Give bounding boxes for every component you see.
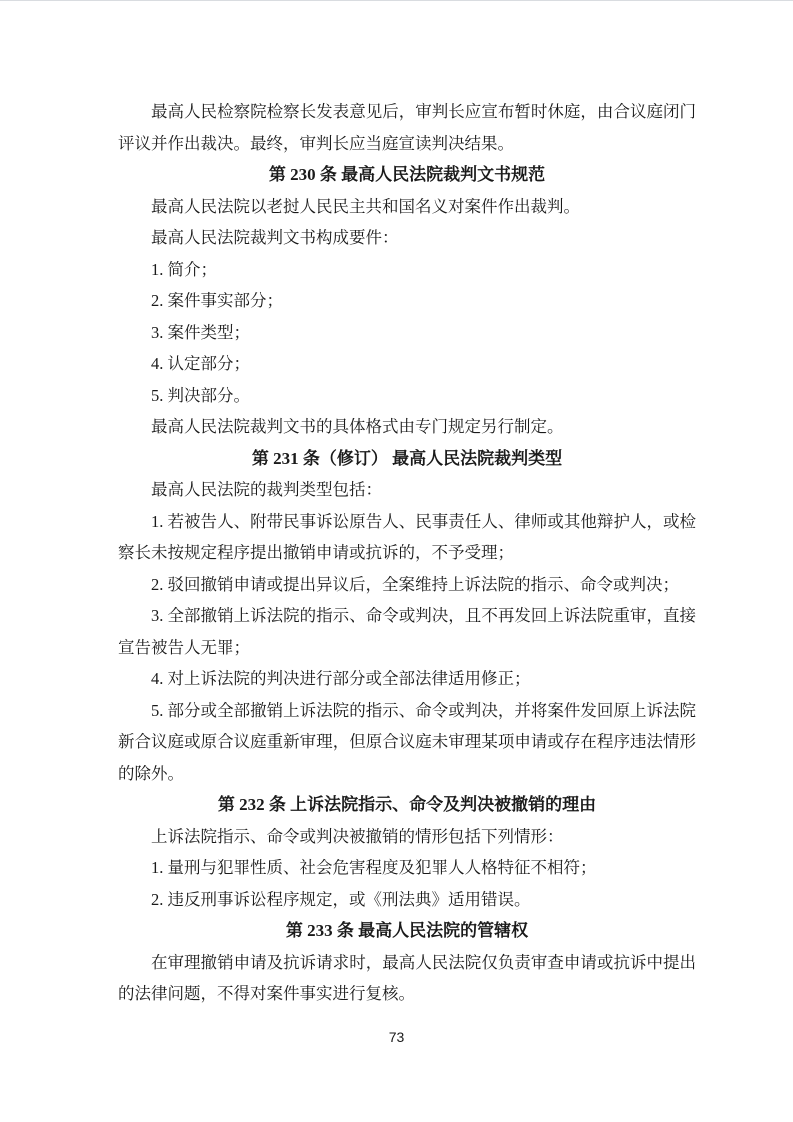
article-231-heading: 第 231 条（修订） 最高人民法院裁判类型 bbox=[118, 443, 696, 475]
body-paragraph: 最高人民法院裁判文书构成要件： bbox=[118, 222, 696, 254]
list-item-1: 1. 若被告人、附带民事诉讼原告人、民事责任人、律师或其他辩护人，或检察长未按规… bbox=[118, 506, 696, 569]
list-item-3: 3. 全部撤销上诉法院的指示、命令或判决，且不再发回上诉法院重审，直接宣告被告人… bbox=[118, 600, 696, 663]
list-item-4: 4. 认定部分； bbox=[118, 348, 696, 380]
body-paragraph: 最高人民法院的裁判类型包括： bbox=[118, 474, 696, 506]
body-paragraph: 最高人民法院以老挝人民民主共和国名义对案件作出裁判。 bbox=[118, 191, 696, 223]
body-paragraph: 最高人民法院裁判文书的具体格式由专门规定另行制定。 bbox=[118, 411, 696, 443]
body-paragraph: 在审理撤销申请及抗诉请求时，最高人民法院仅负责审查申请或抗诉中提出的法律问题，不… bbox=[118, 947, 696, 1010]
body-paragraph: 最高人民检察院检察长发表意见后，审判长应宣布暂时休庭，由合议庭闭门评议并作出裁决… bbox=[118, 96, 696, 159]
list-item-5: 5. 部分或全部撤销上诉法院的指示、命令或判决，并将案件发回原上诉法院新合议庭或… bbox=[118, 695, 696, 790]
list-item-2: 2. 违反刑事诉讼程序规定，或《刑法典》适用错误。 bbox=[118, 884, 696, 916]
list-item-4: 4. 对上诉法院的判决进行部分或全部法律适用修正； bbox=[118, 663, 696, 695]
list-item-2: 2. 案件事实部分； bbox=[118, 285, 696, 317]
list-item-2: 2. 驳回撤销申请或提出异议后，全案维持上诉法院的指示、命令或判决； bbox=[118, 569, 696, 601]
list-item-1: 1. 量刑与犯罪性质、社会危害程度及犯罪人人格特征不相符； bbox=[118, 852, 696, 884]
article-230-heading: 第 230 条 最高人民法院裁判文书规范 bbox=[118, 159, 696, 191]
page-number: 73 bbox=[0, 1029, 793, 1045]
list-item-3: 3. 案件类型； bbox=[118, 317, 696, 349]
article-232-heading: 第 232 条 上诉法院指示、命令及判决被撤销的理由 bbox=[118, 789, 696, 821]
article-233-heading: 第 233 条 最高人民法院的管辖权 bbox=[118, 915, 696, 947]
document-body: 最高人民检察院检察长发表意见后，审判长应宣布暂时休庭，由合议庭闭门评议并作出裁决… bbox=[118, 96, 696, 1010]
list-item-5: 5. 判决部分。 bbox=[118, 380, 696, 412]
list-item-1: 1. 简介； bbox=[118, 254, 696, 286]
body-paragraph: 上诉法院指示、命令或判决被撤销的情形包括下列情形： bbox=[118, 821, 696, 853]
document-page: { "page": { "footer": { "page_number": "… bbox=[0, 0, 793, 1122]
